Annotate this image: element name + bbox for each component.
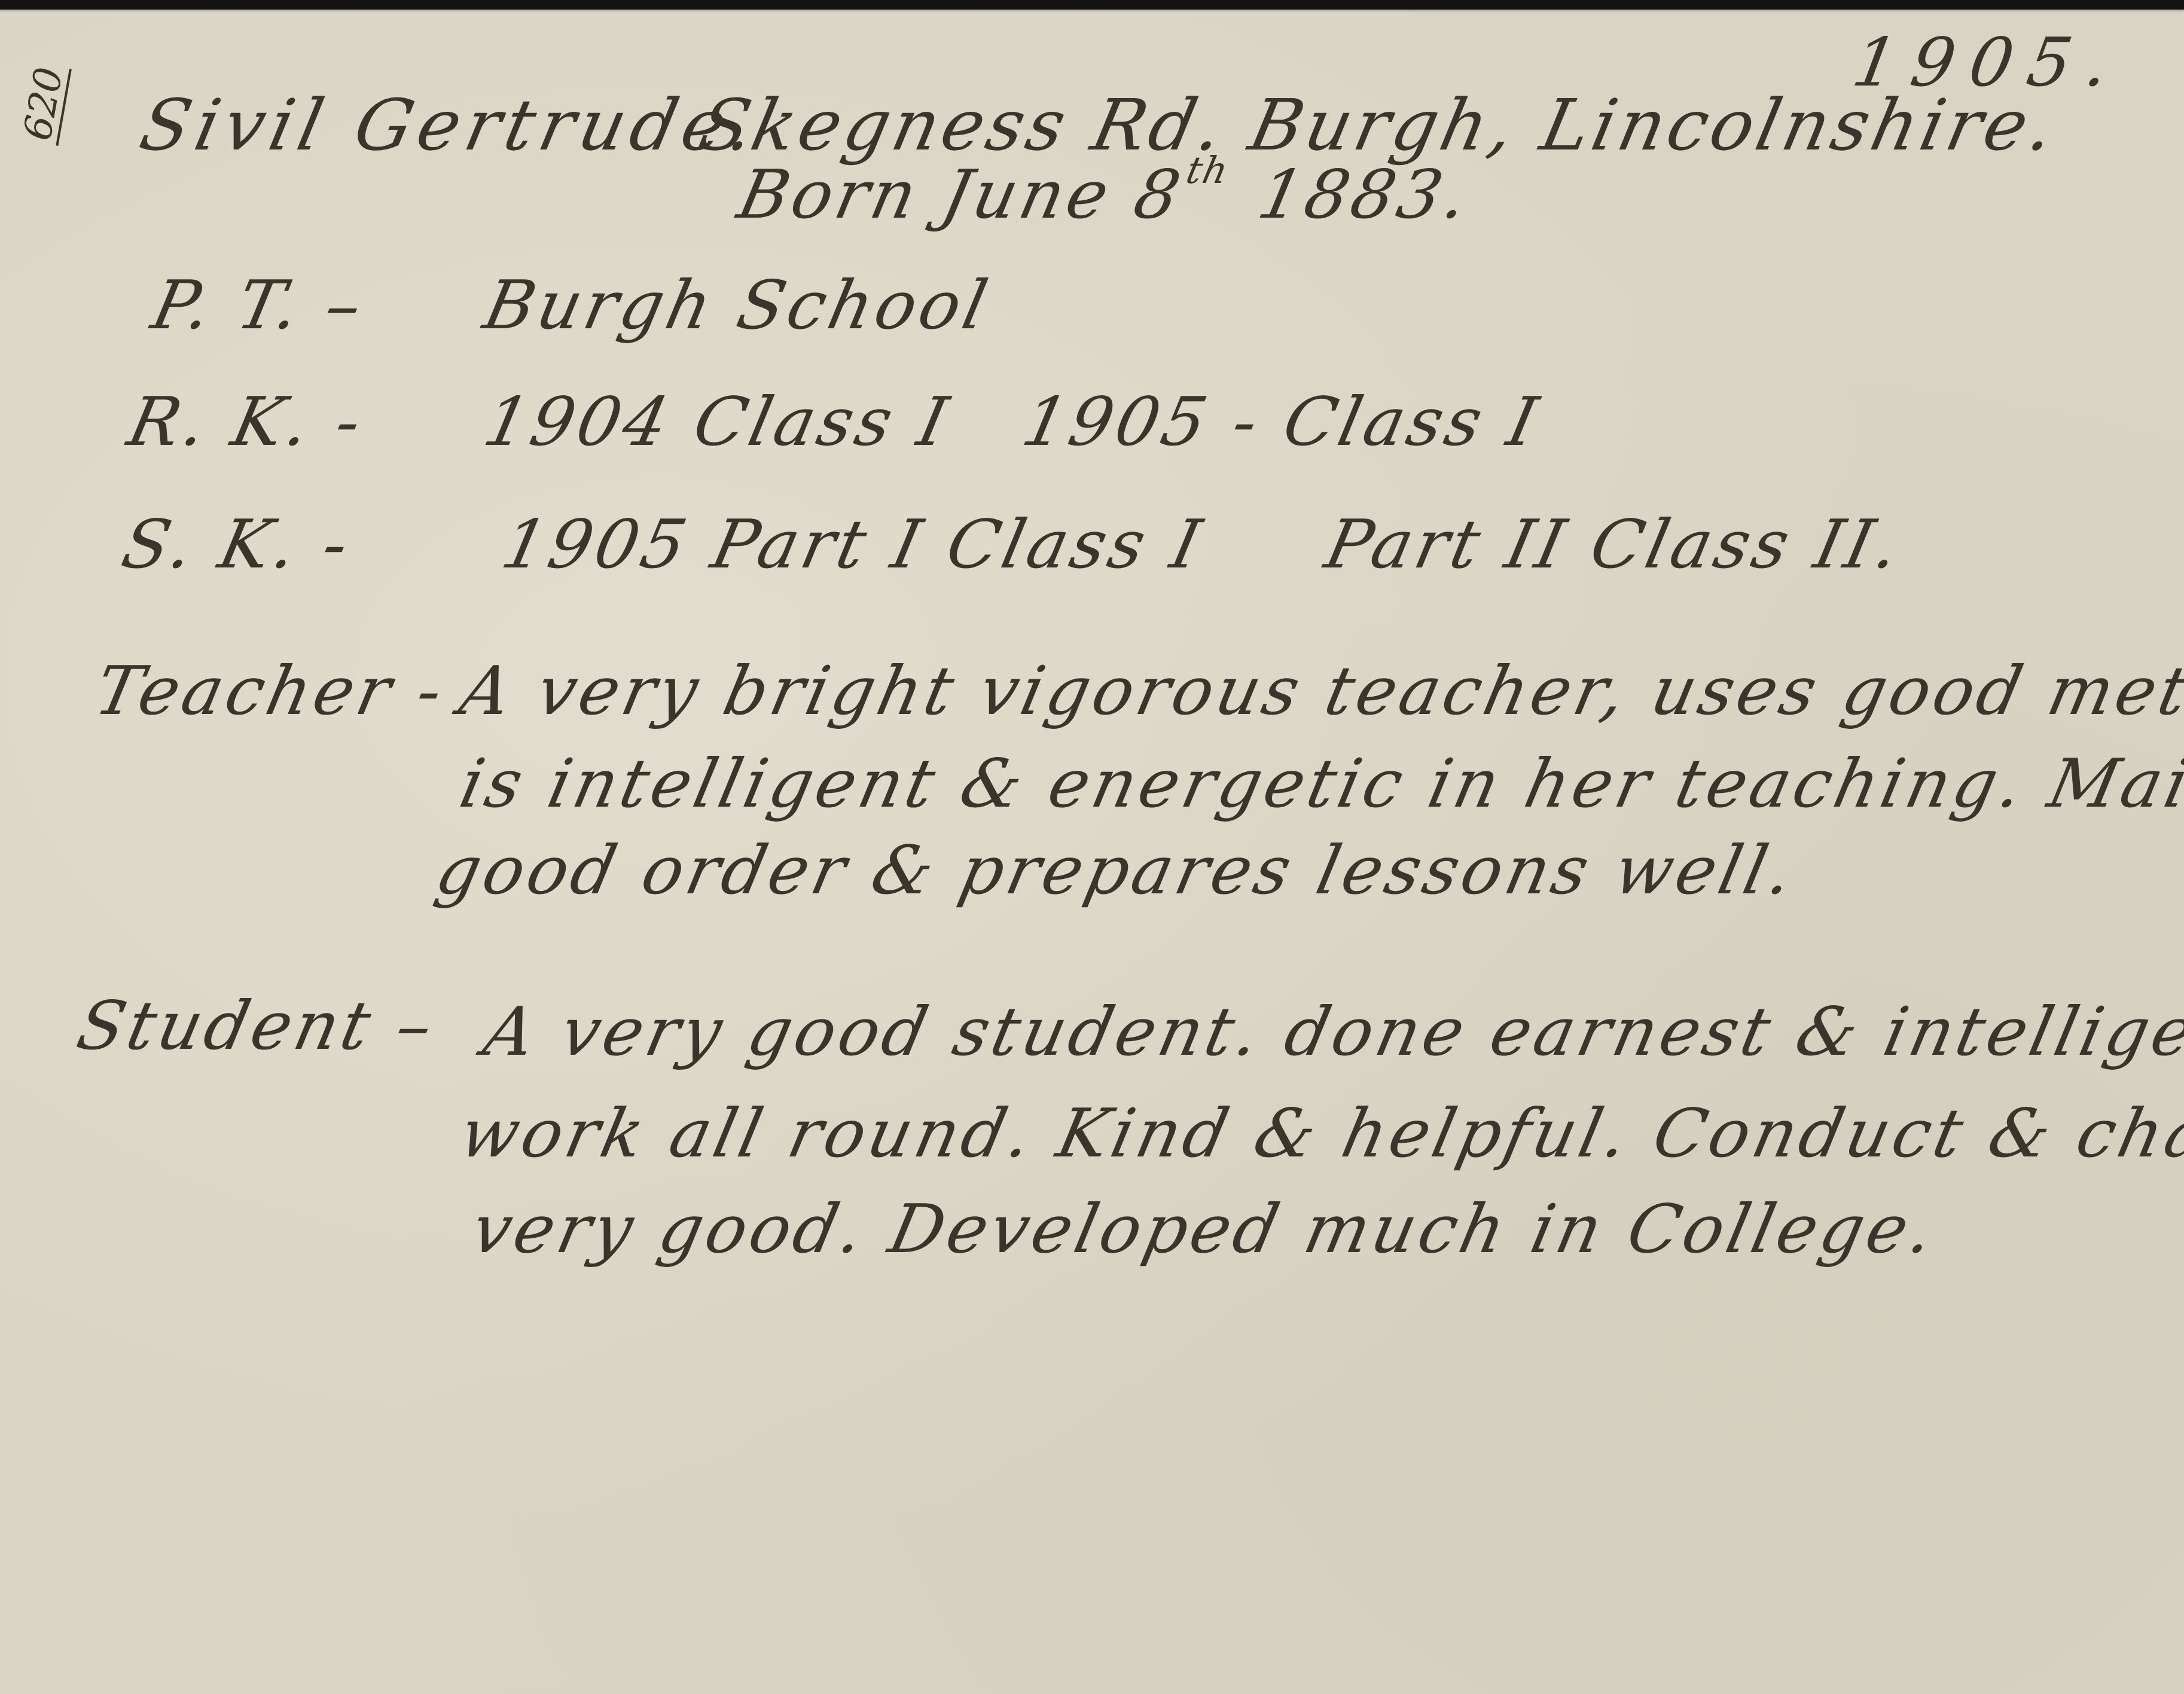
entry-value-sk: 1905 Part I Class I Part II Class II. bbox=[496, 511, 1908, 578]
entry-value-pt: Burgh School bbox=[478, 272, 996, 339]
student-remark-line-3: very good. Developed much in College. bbox=[466, 1196, 1942, 1263]
birth-date-prefix: Born June 8 bbox=[731, 156, 1190, 234]
student-remark-line-2: work all round. Kind & helpful. Conduct … bbox=[455, 1100, 2184, 1167]
entry-value-rk: 1904 Class I 1905 - Class I bbox=[478, 389, 1546, 456]
student-remark-line-1: A very good student. done earnest & inte… bbox=[478, 999, 2184, 1066]
entry-label-student: Student – bbox=[72, 993, 441, 1060]
entry-label-teacher: Teacher - bbox=[90, 658, 452, 725]
birth-date: Born June 8th 1883. bbox=[733, 161, 1477, 228]
entry-label-pt: P. T. – bbox=[147, 272, 371, 339]
birth-date-ordinal: th bbox=[1182, 148, 1233, 192]
scan-top-border bbox=[0, 0, 2184, 10]
teacher-remark-line-1: A very bright vigorous teacher, uses goo… bbox=[455, 658, 2184, 725]
teacher-remark-line-2: is intelligent & energetic in her teachi… bbox=[455, 750, 2184, 817]
entry-label-sk: S. K. - bbox=[117, 511, 357, 578]
student-name: Sivil Gertrude. bbox=[135, 90, 767, 160]
entry-label-rk: R. K. - bbox=[123, 389, 370, 456]
student-address: Skegness Rd. Burgh, Lincolnshire. bbox=[694, 90, 2064, 160]
birth-year: 1883. bbox=[1252, 156, 1478, 234]
teacher-remark-line-3: good order & prepares lessons well. bbox=[431, 837, 1802, 904]
